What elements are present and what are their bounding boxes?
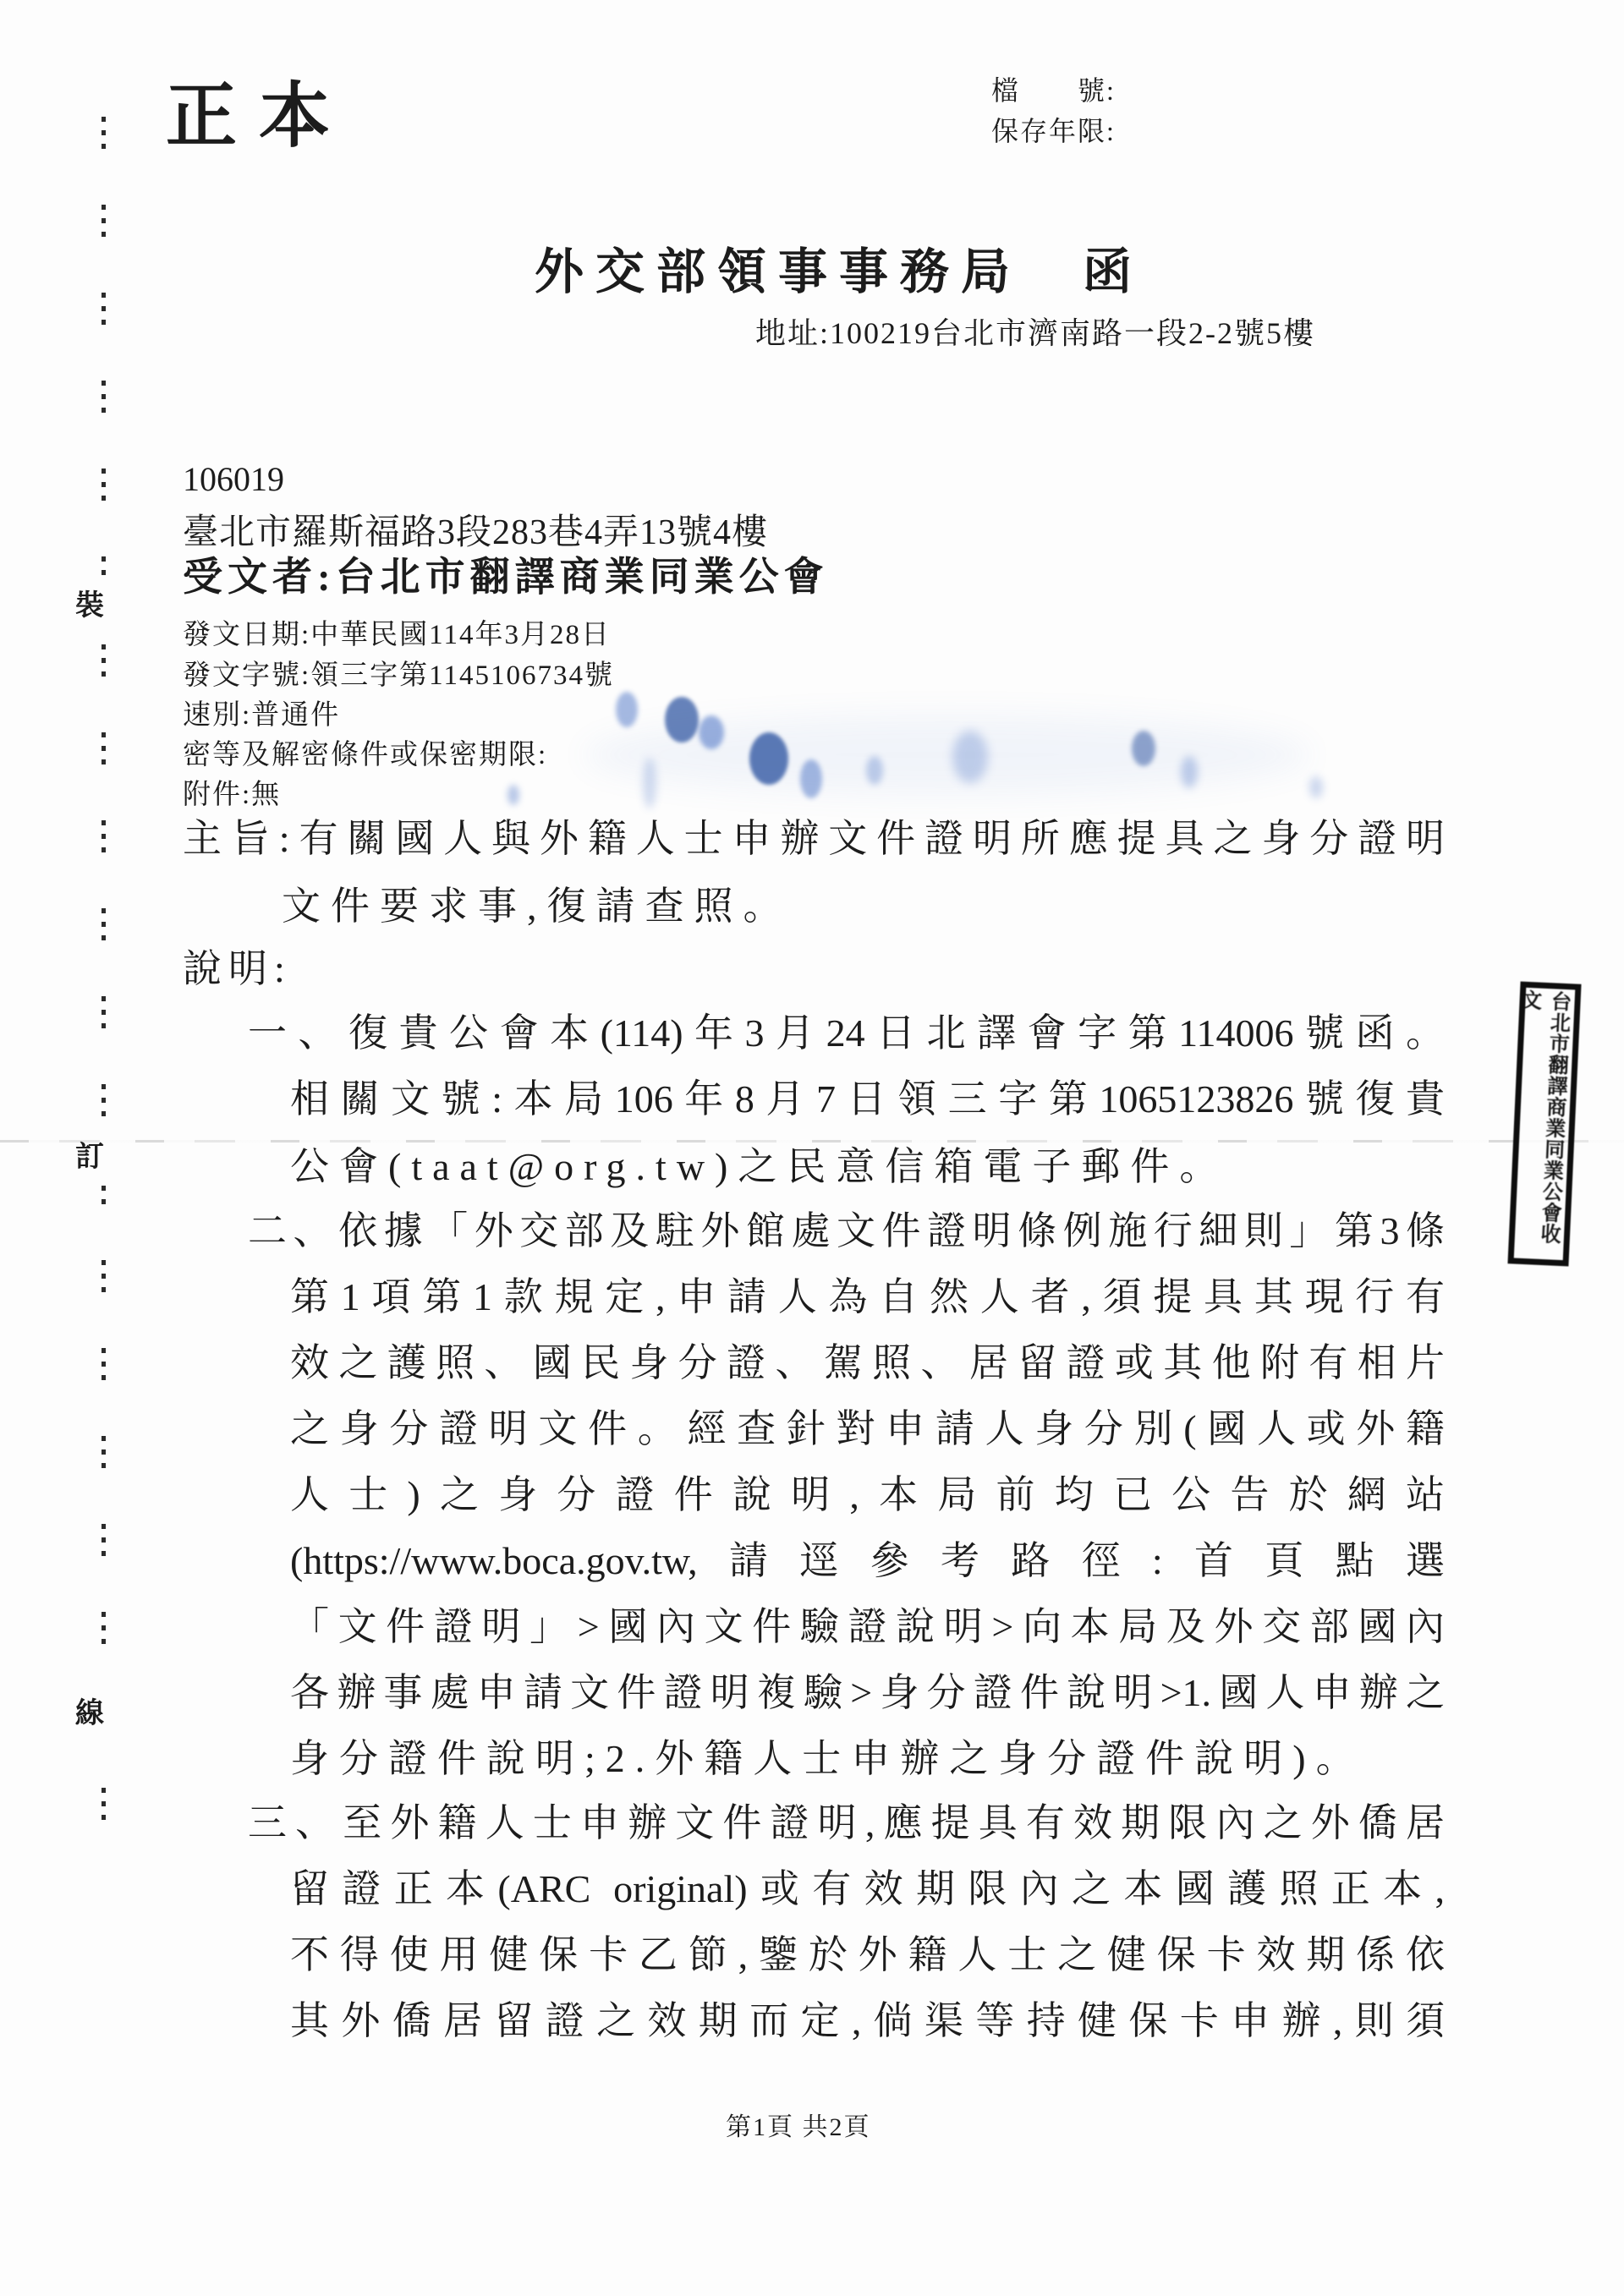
page-number: 第1頁 共2頁 [726, 2106, 871, 2143]
ink-smudge [800, 759, 822, 798]
ink-smudge [952, 731, 988, 783]
body-line: 其外僑居留證之效期而定,倘渠等持健保卡申辦,則須 [290, 1999, 1445, 2047]
body-line: 效之護照、國民身分證、駕照、居留證或其他附有相片 [290, 1341, 1445, 1389]
body-line: 「文件證明」>國內文件驗證說明>向本局及外交部國內 [290, 1605, 1445, 1652]
document-page: 裝 訂 線 正本 檔 號: 保存年限: 外交部領事事務局 函 地址:100219… [0, 0, 1624, 2296]
explanation-heading: 說明: [183, 947, 292, 992]
ink-smudge [665, 697, 699, 743]
ink-smudge [507, 785, 519, 805]
body-line: 公會(taat@org.tw)之民意信箱電子郵件。 [290, 1145, 1228, 1190]
receipt-stamp: 台北市翻譯商業同業公會收文 [1507, 982, 1581, 1267]
margin-label-line: 線 [71, 1685, 108, 1736]
body-line: 人士)之身分證件說明,本局前均已公告於網站 [290, 1473, 1445, 1521]
ink-smudge [749, 732, 788, 785]
body-line: 第1項第1款規定,申請人為自然人者,須提具其現行有 [290, 1275, 1445, 1323]
ink-smudge [1132, 731, 1155, 766]
meta-attachment: 附件:無 [183, 772, 281, 812]
issuer-address: 地址:100219台北市濟南路一段2-2號5樓 [755, 310, 1315, 353]
document-title: 外交部領事事務局 函 [535, 232, 1144, 303]
ink-smudge [866, 756, 883, 785]
subject-line: 文件要求事,復請查照。 [282, 885, 793, 929]
body-line-url: (https://www.boca.gov.tw,請逕參考路徑:首頁點選 [290, 1539, 1445, 1586]
ink-smudge [1309, 776, 1323, 798]
binding-dotted-line [101, 117, 106, 1838]
body-line: 各辦事處申請文件證明複驗>身分證件說明>1.國人申辦之 [290, 1671, 1445, 1718]
margin-label-binding: 裝 [71, 577, 108, 628]
ink-smudge [1181, 756, 1198, 788]
body-line-item3: 三、至外籍人士申辦文件證明,應提具有效期限內之外僑居 [248, 1801, 1445, 1849]
recipient-line: 受文者:台北市翻譯商業同業公會 [183, 545, 829, 602]
body-line: 相關文號:本局106年8月7日領三字第1065123826號復貴 [290, 1077, 1445, 1125]
body-line-item2: 二、依據「外交部及駐外館處文件證明條例施行細則」第3條 [248, 1209, 1445, 1257]
meta-speed: 速別:普通件 [183, 693, 340, 732]
retention-label: 保存年限: [991, 110, 1116, 149]
body-line: 不得使用健保卡乙節,鑒於外籍人士之健保卡效期係依 [290, 1933, 1445, 1981]
body-line: 身分證件說明;2.外籍人士申辦之身分證件說明)。 [290, 1737, 1365, 1782]
subject-line: 主旨:有關國人與外籍人士申辦文件證明所應提具之身分證明 [183, 817, 1445, 864]
copy-label: 正本 [166, 59, 352, 162]
ink-smudge [616, 692, 638, 727]
meta-doc-number: 發文字號:領三字第1145106734號 [183, 653, 614, 693]
body-line-item1: 一、復貴公會本(114)年3月24日北譯會字第114006號函。 [248, 1011, 1445, 1059]
scan-artifact-line [0, 1140, 1624, 1143]
meta-issue-date: 發文日期:中華民國114年3月28日 [183, 612, 611, 652]
meta-security: 密等及解密條件或保密期限: [183, 732, 547, 772]
body-line: 之身分證明文件。經查針對申請人身分別(國人或外籍 [290, 1407, 1445, 1455]
recipient-code: 106019 [183, 459, 284, 499]
file-number-label: 檔 號: [991, 69, 1116, 108]
margin-label-staple: 訂 [71, 1128, 108, 1180]
ink-smudge [699, 715, 724, 749]
body-line: 留證正本(ARC original)或有效期限內之本國護照正本, [290, 1867, 1445, 1915]
ink-smudge [643, 758, 656, 808]
